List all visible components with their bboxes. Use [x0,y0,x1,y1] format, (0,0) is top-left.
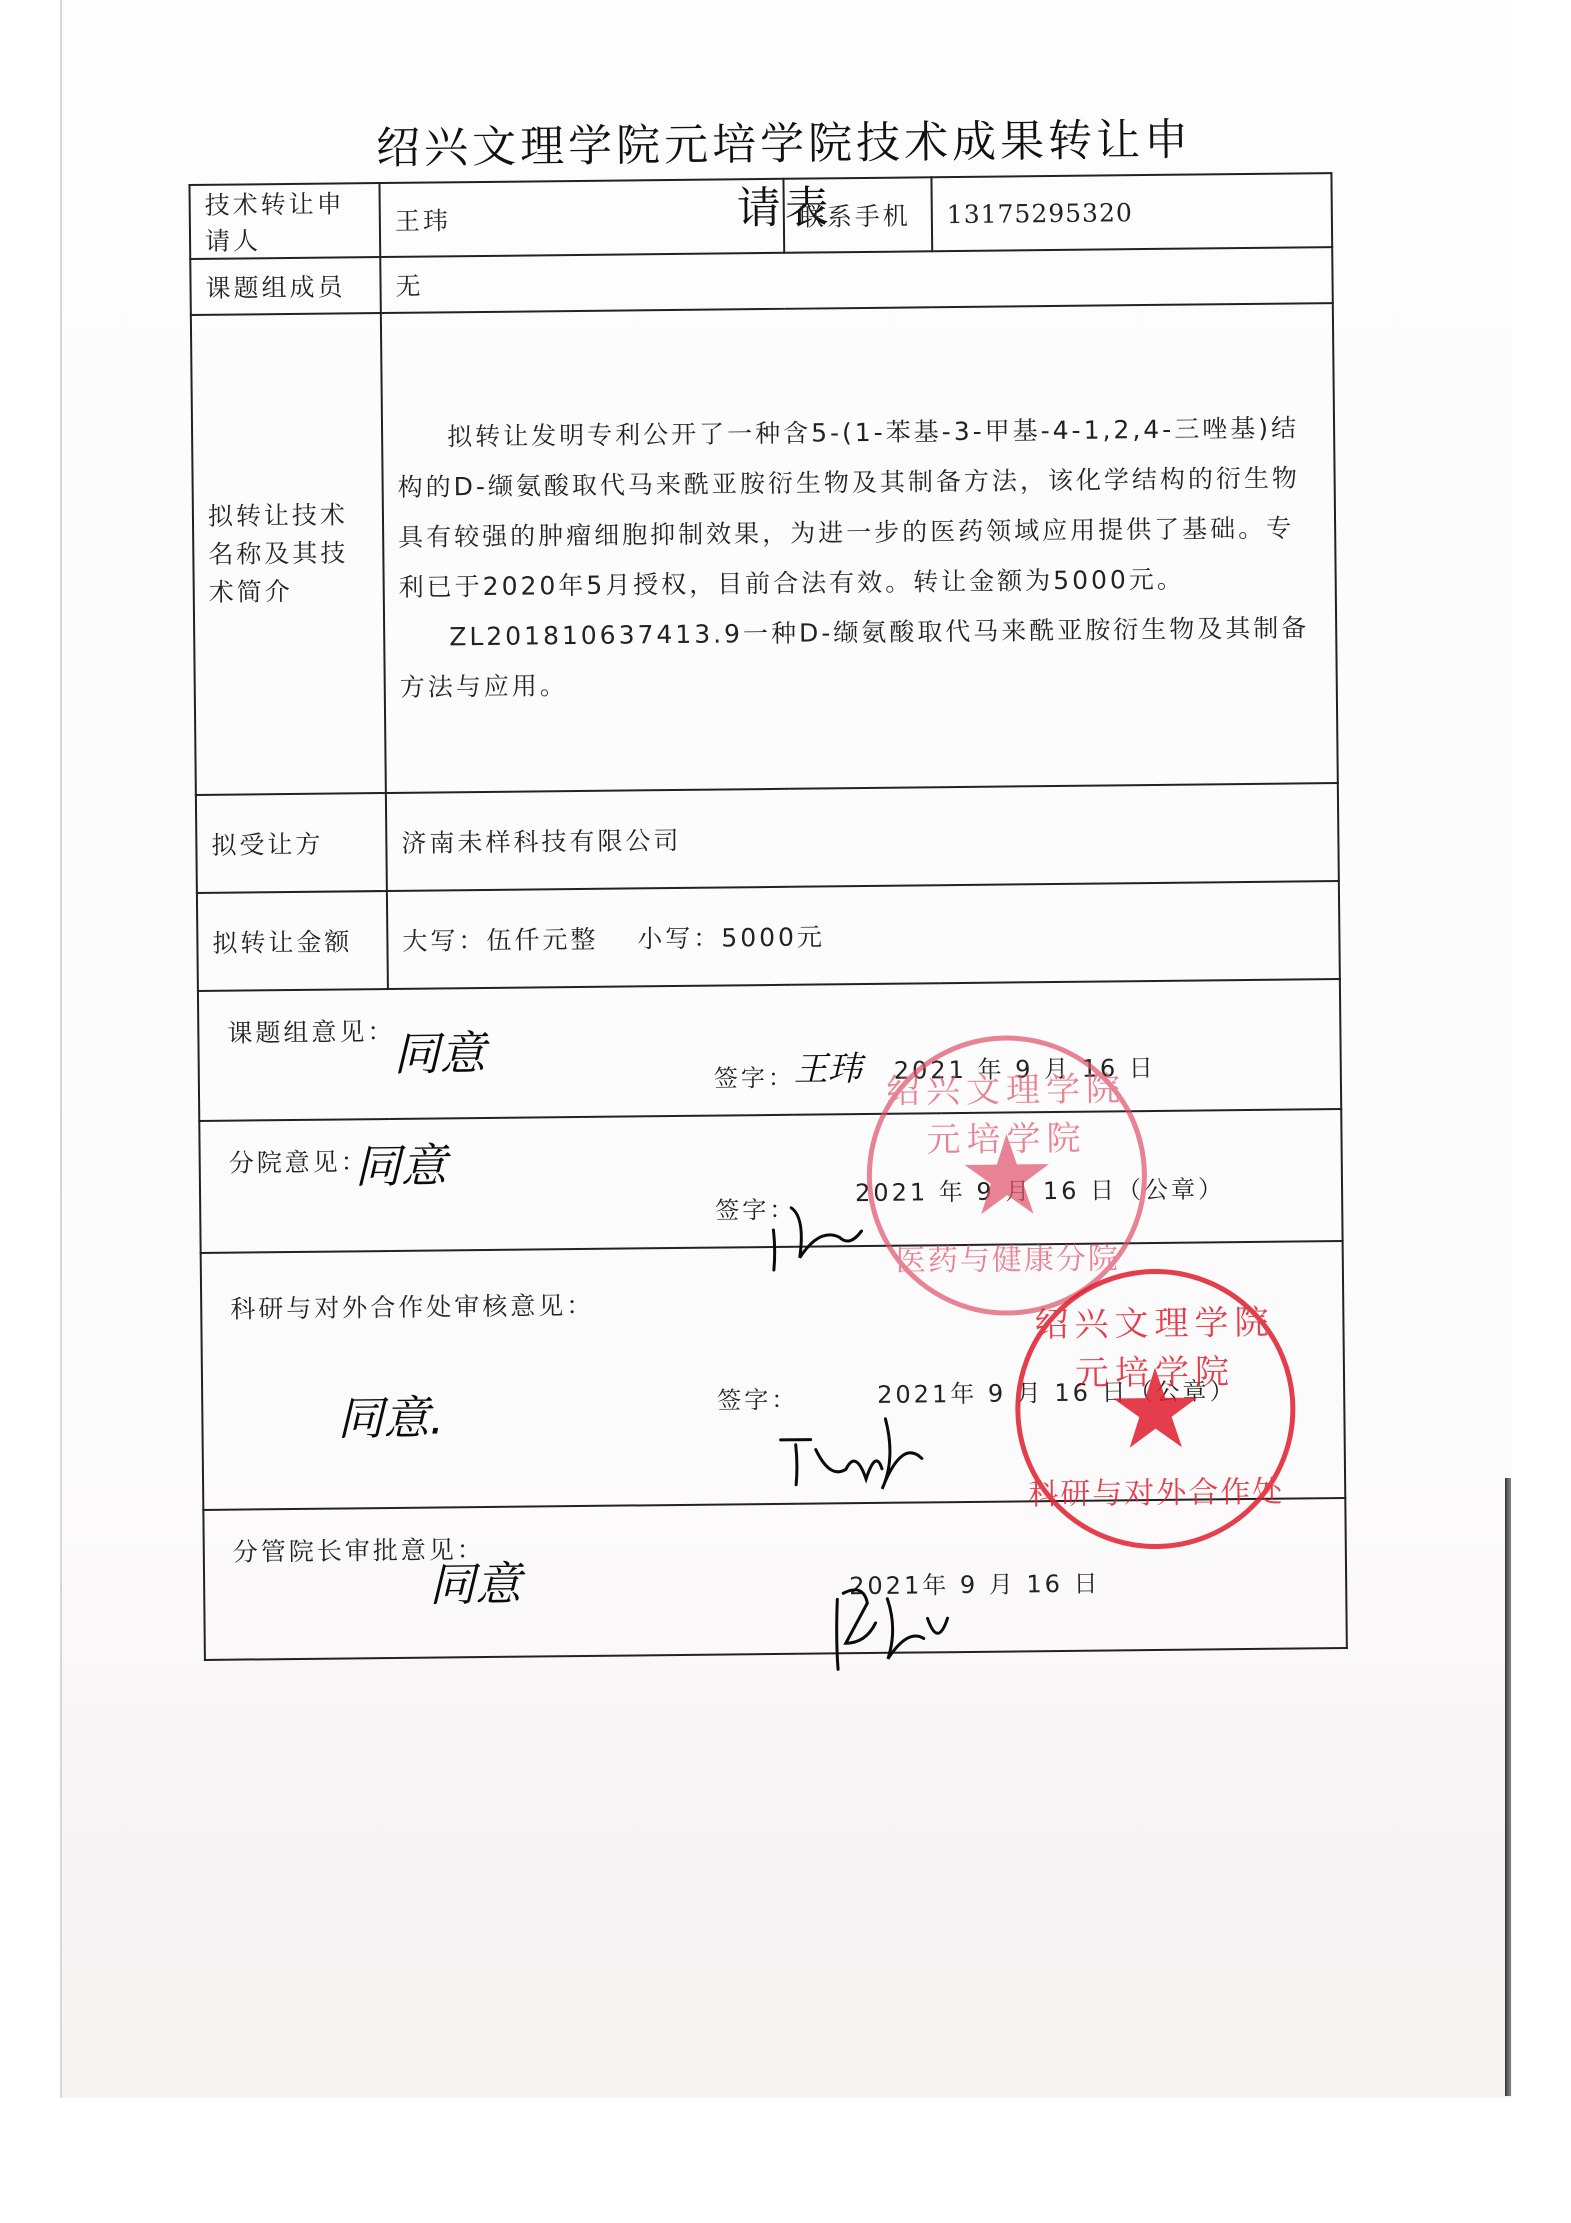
research-signature-scribble [780,1418,922,1489]
branch-seal-stamp: 绍兴文理学院元培学院 ★ 医药与健康分院 [865,1034,1148,1317]
seal-ring-text: 绍兴文理学院元培学院 [1019,1295,1290,1396]
application-form: 绍兴文理学院元培学院技术成果转让申请表 技术转让申请人 王玮 联系手机 1317… [0,0,1571,2223]
seal-ring-text: 绍兴文理学院元培学院 [871,1061,1142,1162]
seal-bottom-text: 科研与对外合作处 [1021,1467,1291,1514]
vp-signature-scribble [836,1589,948,1669]
signature-scribbles [0,0,1571,2223]
research-office-seal-stamp: 绍兴文理学院元培学院 ★ 科研与对外合作处 [1014,1268,1297,1551]
branch-signature-scribble [773,1207,862,1270]
seal-bottom-text: 医药与健康分院 [873,1233,1143,1280]
